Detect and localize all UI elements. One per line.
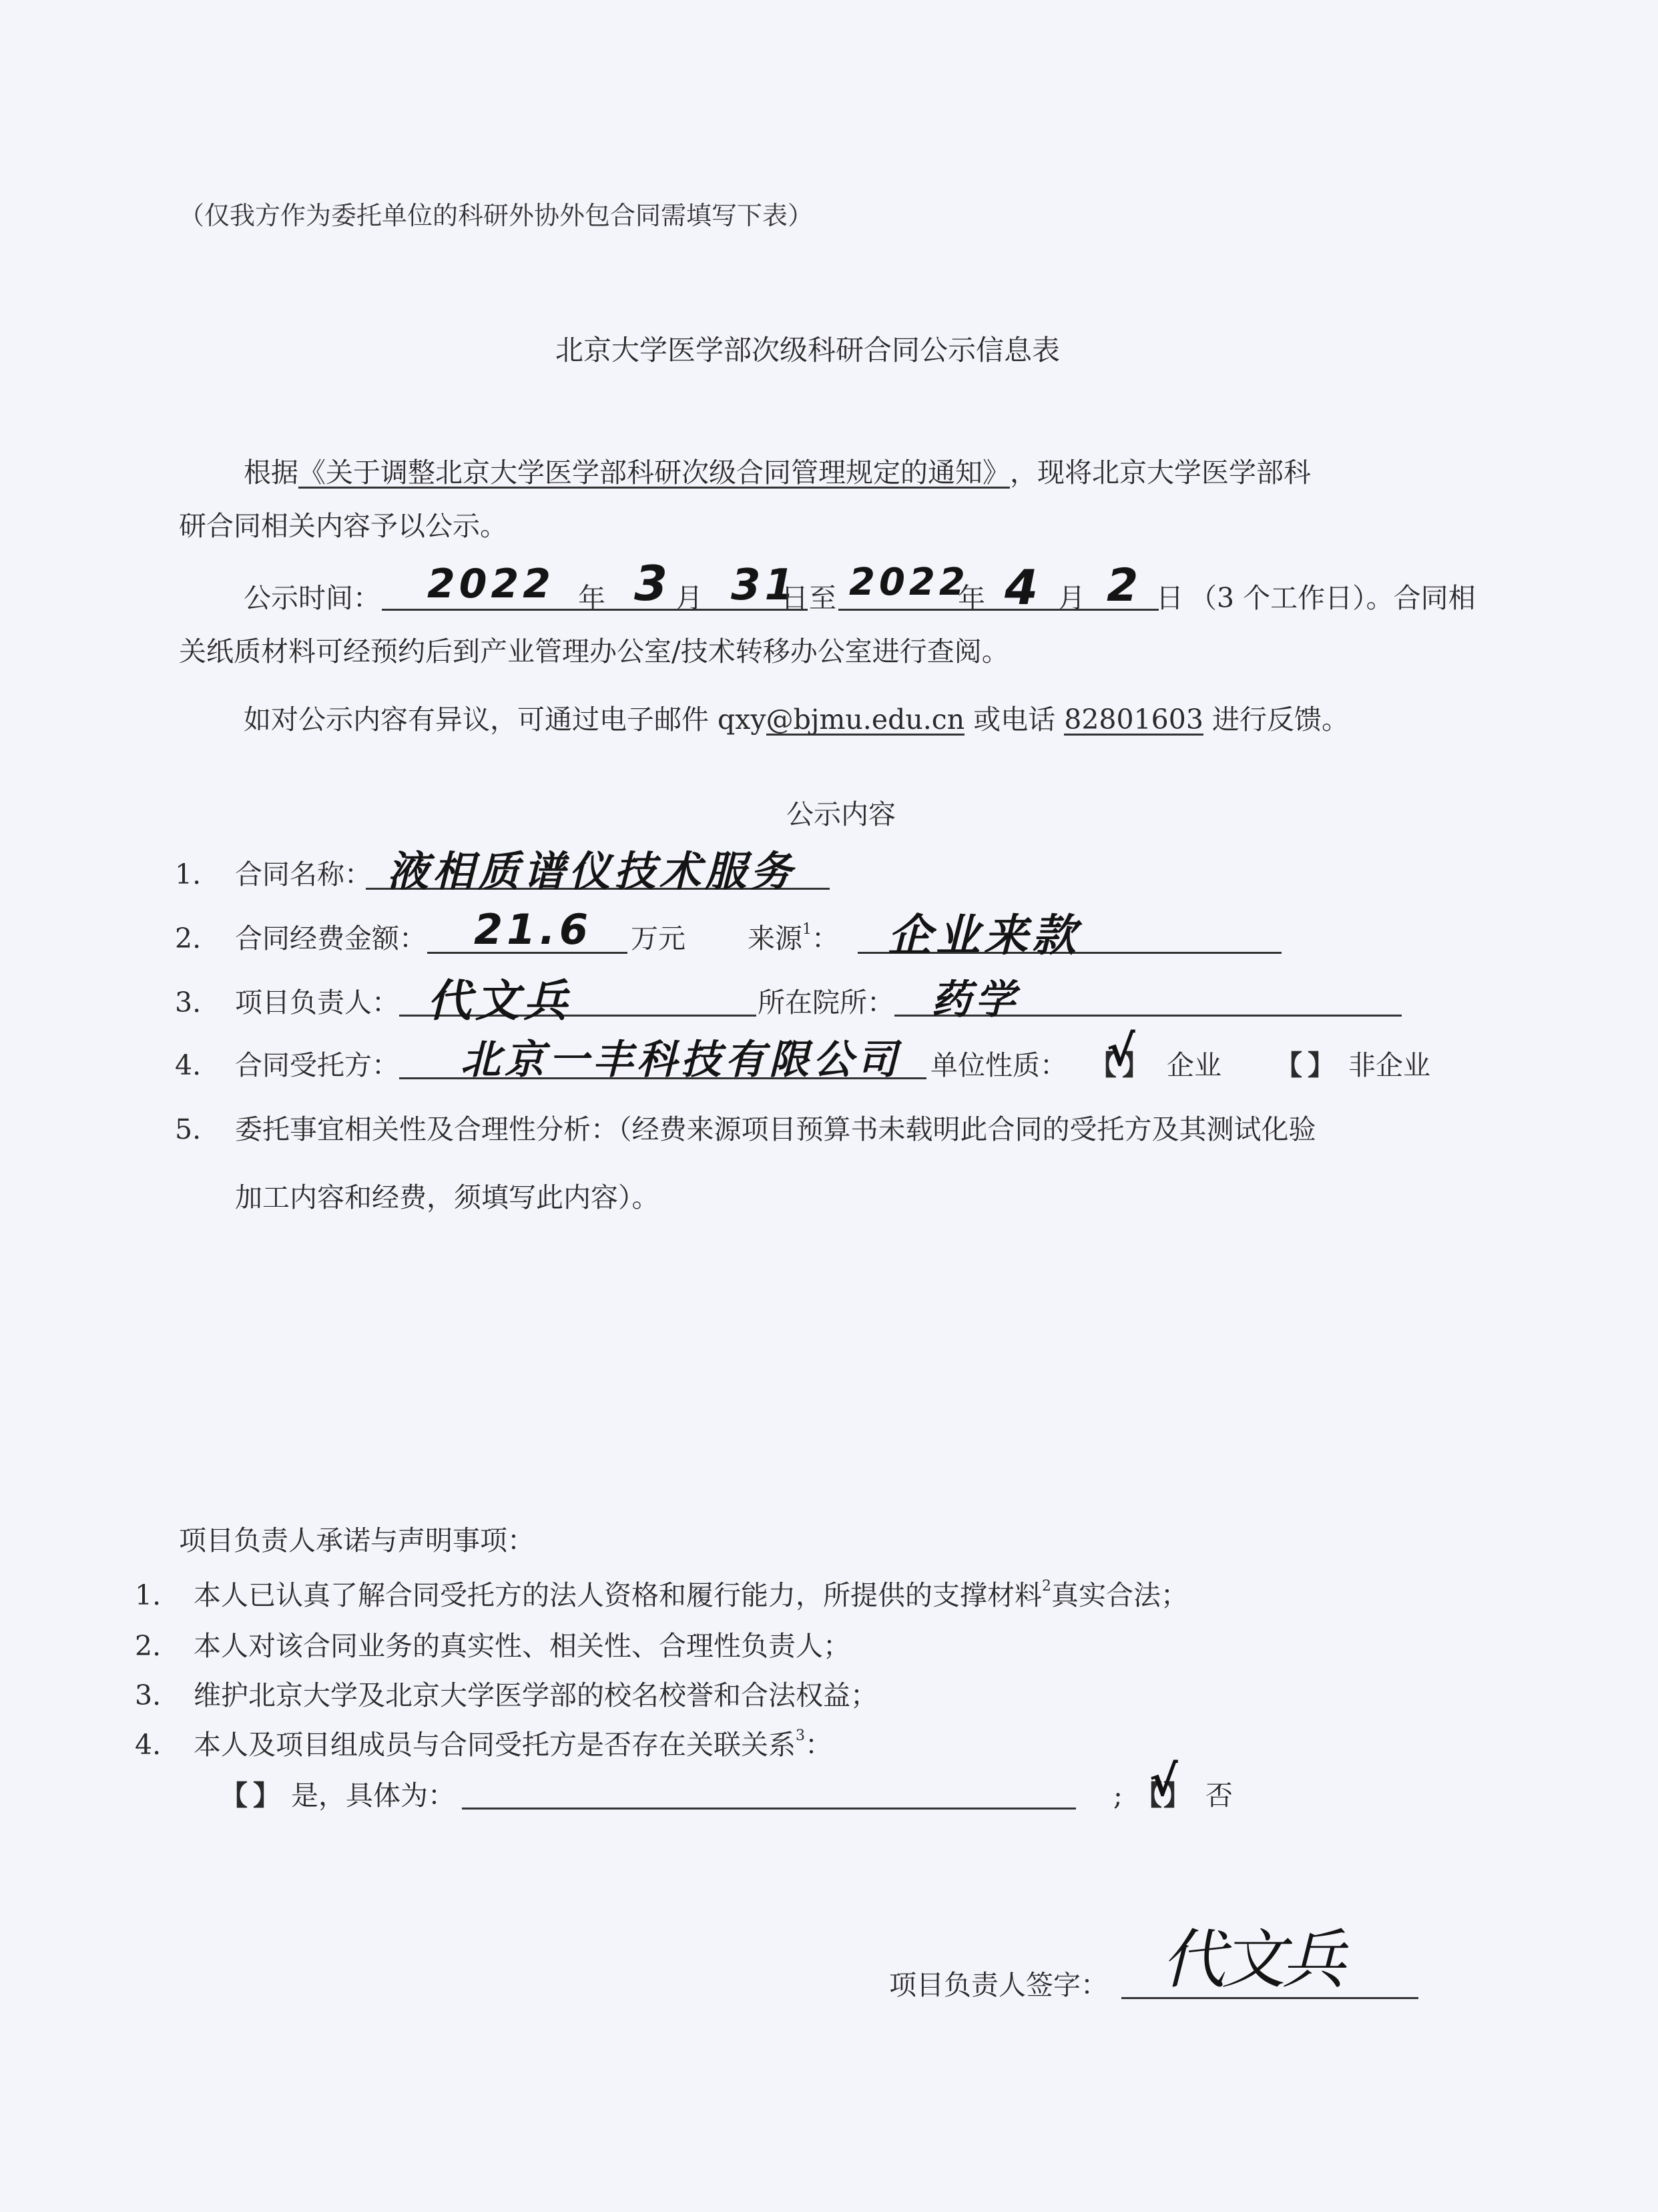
intro-line-1: 根据《关于调整北京大学医学部科研次级合同管理规定的通知》，现将北京大学医学部科 [244, 459, 1311, 489]
footnote-3: 3 [796, 1727, 805, 1744]
end-day: 2 [1107, 559, 1142, 612]
check-icon: √ [1107, 1027, 1135, 1076]
signature-label: 项目负责人签字： [889, 1972, 1108, 1999]
contractee-value: 北京一丰科技有限公司 [461, 1028, 901, 1085]
pledge-2-num: 2. [135, 1633, 161, 1660]
feedback-line: 如对公示内容有异议，可通过电子邮件 qxy@bjmu.edu.cn 或电话 82… [244, 706, 1349, 736]
item-4-label: 合同受托方： [235, 1052, 399, 1079]
non-enterprise-checkbox[interactable]: 【】 [1275, 1052, 1335, 1079]
item-3-label: 项目负责人： [235, 989, 399, 1017]
pledge-3-num: 3. [135, 1682, 161, 1709]
pledge-4-text: 本人及项目组成员与合同受托方是否存在关联关系3： [194, 1731, 832, 1759]
intro-line-2: 研合同相关内容予以公示。 [179, 513, 507, 540]
header-note: （仅我方作为委托单位的科研外协外包合同需填写下表） [179, 195, 813, 232]
source-label: 来源1： [748, 925, 839, 952]
enterprise-option-label: 企业 [1167, 1052, 1221, 1079]
pledge-heading: 项目负责人承诺与声明事项： [179, 1527, 535, 1555]
item-4-num: 4. [175, 1052, 201, 1079]
item-2-num: 2. [175, 925, 201, 952]
feedback-middle: 或电话 [964, 704, 1064, 736]
amount-value: 21.6 [474, 905, 592, 954]
nature-label: 单位性质： [930, 1052, 1067, 1079]
to-label: 至 [809, 585, 836, 612]
source-label-text: 来源 [748, 922, 802, 954]
item-2-label: 合同经费金额： [235, 925, 427, 952]
intro-suffix: ，现将北京大学医学部科 [1010, 457, 1311, 489]
item-1-num: 1. [175, 861, 201, 888]
contract-name-value: 液相质谱仪技术服务 [387, 838, 796, 898]
signature-value: 代文兵 [1161, 1909, 1342, 2000]
end-year: 2022 [849, 561, 969, 604]
yes-detail-line[interactable] [462, 1808, 1076, 1810]
year-unit-2: 年 [958, 585, 985, 612]
bracket-open: 【 [1275, 1049, 1302, 1081]
pledge-1-text: 本人已认真了解合同受托方的法人资格和履行能力，所提供的支撑材料2真实合法； [194, 1582, 1188, 1609]
start-year: 2022 [427, 561, 555, 607]
check-icon: √ [1149, 1757, 1178, 1806]
dept-label: 所在院所： [758, 989, 894, 1017]
yes-label: 是，具体为： [291, 1782, 455, 1810]
item-5-num: 5. [175, 1116, 201, 1143]
yes-checkbox[interactable]: 【】 [220, 1782, 280, 1810]
pledge-4-after: ： [805, 1729, 832, 1761]
bracket-close: 】 [253, 1779, 280, 1812]
pi-value: 代文兵 [427, 965, 571, 1029]
item-5-line-2: 加工内容和经费，须填写此内容）。 [235, 1184, 659, 1211]
period-suffix: （3 个工作日）。合同相 [1189, 585, 1476, 612]
pledge-4-main: 本人及项目组成员与合同受托方是否存在关联关系 [194, 1729, 796, 1761]
day-unit-1: 日 [781, 585, 808, 612]
item-5-label: 委托事宜相关性及合理性分析：（经费来源项目预算书未载明此合同的受托方及其测试化验 [235, 1116, 1316, 1143]
month-unit-2: 月 [1058, 585, 1085, 612]
period-line-2: 关纸质材料可经预约后到产业管理办公室/技术转移办公室进行查阅。 [179, 638, 1009, 665]
end-month: 4 [1005, 559, 1042, 615]
month-unit-1: 月 [675, 585, 703, 612]
footnote-1: 1 [802, 921, 812, 938]
dept-value: 药学 [931, 968, 1019, 1025]
page-title: 北京大学医学部次级科研合同公示信息表 [555, 328, 1060, 368]
bracket-close: 】 [1308, 1049, 1335, 1081]
footnote-2: 2 [1042, 1578, 1051, 1595]
phone-link[interactable]: 82801603 [1064, 706, 1203, 736]
pledge-1-main: 本人已认真了解合同受托方的法人资格和履行能力，所提供的支撑材料 [194, 1579, 1042, 1611]
no-label: 否 [1205, 1782, 1233, 1810]
pledge-3-text: 维护北京大学及北京大学医学部的校名校誉和合法权益； [194, 1682, 878, 1709]
pledge-1-num: 1. [135, 1582, 161, 1609]
pledge-2-text: 本人对该合同业务的真实性、相关性、合理性负责人； [194, 1633, 850, 1660]
amount-unit: 万元 [631, 925, 685, 952]
intro-prefix: 根据 [244, 457, 298, 489]
bracket-open: 【 [220, 1779, 248, 1812]
source-value: 企业来款 [888, 900, 1080, 963]
period-label: 公示时间： [244, 585, 380, 612]
year-unit-1: 年 [578, 585, 605, 612]
content-heading: 公示内容 [786, 801, 896, 828]
regulation-link[interactable]: 《关于调整北京大学医学部科研次级合同管理规定的通知》 [298, 459, 1010, 489]
item-3-num: 3. [175, 989, 201, 1017]
email-link[interactable]: @bjmu.edu.cn [766, 706, 965, 736]
non-enterprise-option-label: 非企业 [1348, 1052, 1430, 1079]
day-unit-2: 日 [1156, 585, 1183, 612]
feedback-prefix: 如对公示内容有异议，可通过电子邮件 qxy [244, 704, 766, 736]
pledge-4-num: 4. [135, 1731, 161, 1759]
item-1-label: 合同名称： [235, 861, 372, 888]
source-colon: ： [812, 922, 839, 954]
pledge-1-after: 真实合法； [1051, 1579, 1188, 1611]
separator: ; [1113, 1782, 1123, 1810]
start-month: 3 [634, 555, 671, 611]
feedback-suffix: 进行反馈。 [1203, 704, 1349, 736]
